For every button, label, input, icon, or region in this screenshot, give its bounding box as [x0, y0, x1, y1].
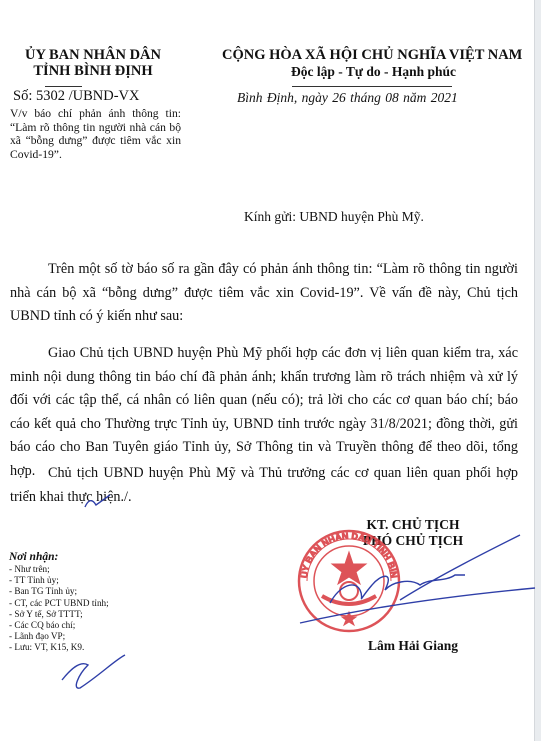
- svg-text:ỦY BAN NHÂN DÂN TỈNH BÌNH ĐỊNH: ỦY BAN NHÂN DÂN TỈNH BÌNH ĐỊNH: [0, 0, 399, 579]
- handwritten-signature-icon: [62, 495, 535, 688]
- seal-and-signature-graphics: ỦY BAN NHÂN DÂN TỈNH BÌNH ĐỊNH: [0, 0, 541, 741]
- official-seal-icon: ỦY BAN NHÂN DÂN TỈNH BÌNH ĐỊNH: [0, 0, 399, 631]
